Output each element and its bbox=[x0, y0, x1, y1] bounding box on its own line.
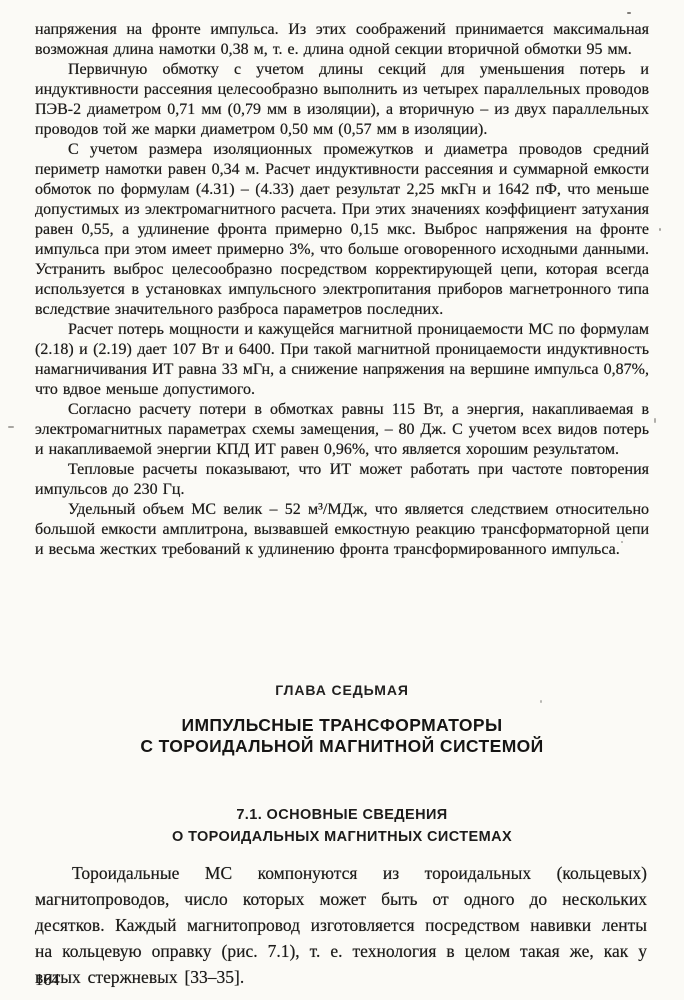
section-heading: 7.1. ОСНОВНЫЕ СВЕДЕНИЯ О ТОРОИДАЛЬНЫХ МА… bbox=[0, 804, 684, 848]
chapter-kicker: ГЛАВА СЕДЬМАЯ bbox=[0, 682, 684, 698]
paragraph-specific-volume: Удельный объем МС велик – 52 м³/МДж, что… bbox=[35, 500, 649, 560]
scan-speckle bbox=[654, 418, 656, 423]
paragraph-primary-winding: Первичную обмотку с учетом длины секций … bbox=[35, 60, 649, 140]
page-number: 164 bbox=[35, 970, 60, 990]
paragraph-thermal: Тепловые расчеты показывают, что ИТ може… bbox=[35, 460, 649, 500]
intro-paragraph: Тороидальные МС компонуются из тороидаль… bbox=[35, 860, 647, 990]
page-body-text: напряжения на фронте импульса. Из этих с… bbox=[35, 20, 649, 560]
scan-speckle bbox=[8, 426, 14, 428]
chapter-title-line1: ИМПУЛЬСНЫЕ ТРАНСФОРМАТОРЫ bbox=[0, 715, 684, 736]
chapter-title: ИМПУЛЬСНЫЕ ТРАНСФОРМАТОРЫ С ТОРОИДАЛЬНОЙ… bbox=[0, 715, 684, 757]
section-heading-line2: О ТОРОИДАЛЬНЫХ МАГНИТНЫХ СИСТЕМАХ bbox=[0, 826, 684, 848]
section-heading-line1: 7.1. ОСНОВНЫЕ СВЕДЕНИЯ bbox=[0, 804, 684, 826]
scan-speckle bbox=[540, 700, 542, 703]
scan-speckle bbox=[621, 541, 623, 543]
scan-speckle bbox=[627, 12, 631, 14]
paragraph-continuation: напряжения на фронте импульса. Из этих с… bbox=[35, 20, 649, 60]
chapter-title-line2: С ТОРОИДАЛЬНОЙ МАГНИТНОЙ СИСТЕМОЙ bbox=[0, 736, 684, 757]
paragraph-power-losses: Расчет потерь мощности и кажущейся магни… bbox=[35, 320, 649, 400]
paragraph-leakage-calc: С учетом размера изоляционных промежутко… bbox=[35, 140, 649, 320]
paragraph-winding-losses: Согласно расчету потери в обмотках равны… bbox=[35, 400, 649, 460]
book-page: напряжения на фронте импульса. Из этих с… bbox=[0, 0, 684, 1000]
scan-speckle bbox=[659, 228, 661, 231]
